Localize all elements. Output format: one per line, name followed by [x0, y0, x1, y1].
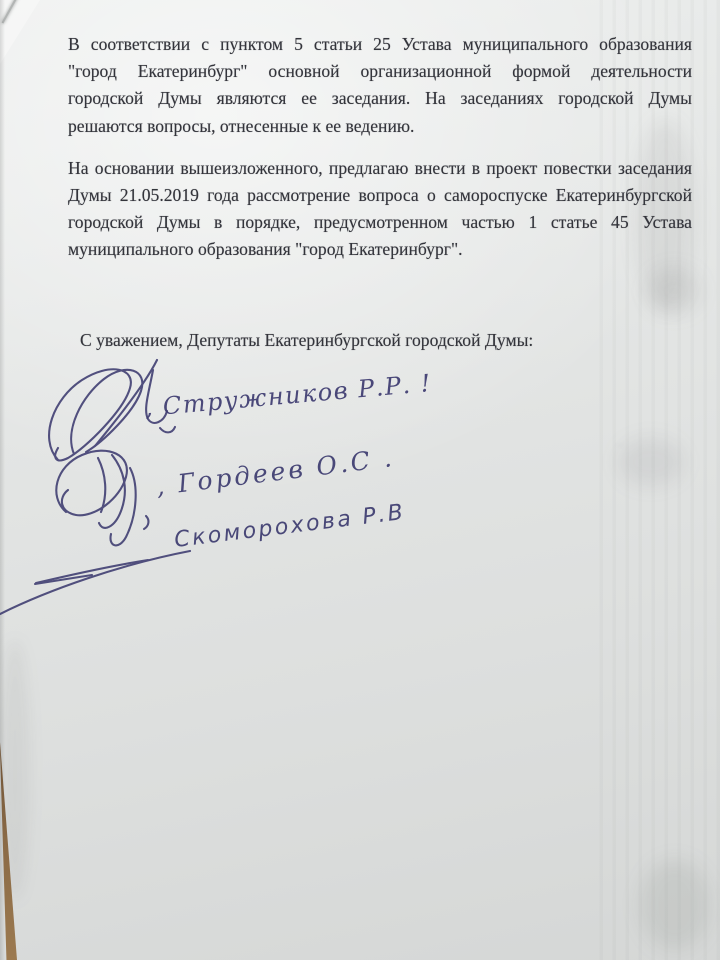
paragraph-1-line: В соответствии с пунктом 5 статьи 25 Уст… — [68, 31, 692, 58]
photographed-document-page: ·· В соответствии с пунктом 5 статьи 25 … — [0, 0, 720, 960]
signature-1-name: , Стружников Р.Р. ! — [144, 369, 433, 422]
show-through-marks: ·· — [615, 441, 696, 486]
paragraph-2-line: Думы 21.05.2019 года рассмотрение вопрос… — [68, 182, 692, 209]
paragraph-2-line: На основании вышеизложенного, предлагаю … — [68, 155, 692, 182]
signature-2-name: , Гордеев О.С . — [154, 443, 396, 501]
paragraph-1-line: городской Думы являются ее заседания. На… — [68, 85, 692, 112]
paragraph-1: В соответствии с пунктом 5 статьи 25 Уст… — [68, 31, 692, 140]
paragraph-2-line: городской Думы в порядке, предусмотренно… — [68, 209, 692, 236]
salutation-line: С уважением, Депутаты Екатеринбургской г… — [80, 330, 640, 351]
signature-3-name: Скоморохова Р.В — [173, 500, 407, 553]
signature-3-stroke — [0, 551, 190, 614]
paragraph-2: На основании вышеизложенного, предлагаю … — [68, 155, 692, 264]
paper-smudge — [640, 860, 710, 950]
paragraph-2-line: муниципального образования "город Екатер… — [68, 236, 692, 263]
letter-body: В соответствии с пунктом 5 статьи 25 Уст… — [68, 31, 692, 264]
paragraph-1-line: "город Екатеринбург" основной организаци… — [68, 58, 692, 85]
paper-smudge — [648, 268, 700, 314]
paper-corner-fold — [0, 0, 40, 64]
signature-2-flourish — [56, 451, 148, 546]
paragraph-1-line: решаются вопросы, отнесенные к ее ведени… — [68, 113, 692, 140]
